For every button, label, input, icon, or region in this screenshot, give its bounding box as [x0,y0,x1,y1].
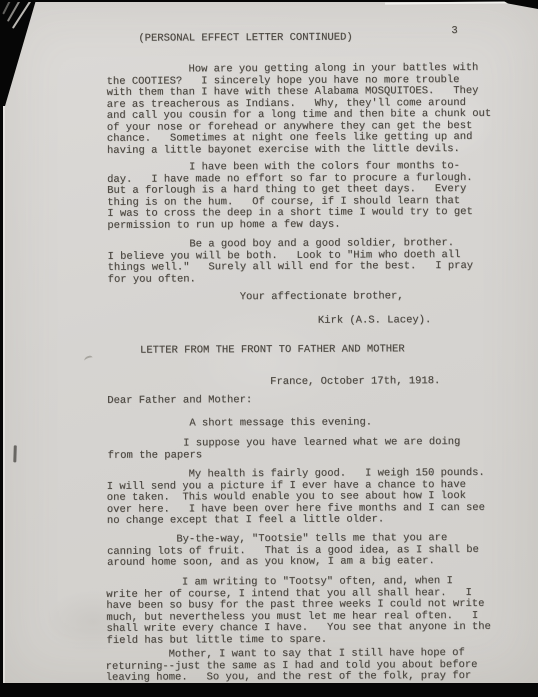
paragraph-short-message: A short message this evening. [107,417,372,430]
page-number: 3 [451,26,457,38]
paragraph-cooties: How are you getting along in your battle… [107,63,492,157]
text-line: for you often. [108,272,474,285]
text-line: things well." Surely all will end for th… [108,261,474,274]
text-line: around home soon, and as you know, I am … [107,556,479,569]
salutation: Dear Father and Mother: [107,395,252,407]
paragraph-papers: I suppose you have learned what we are d… [107,437,460,462]
paragraph-good-boy: Be a good boy and a good soldier, brothe… [107,238,473,286]
paragraph-health: My health is fairly good. I weigh 150 po… [107,468,485,527]
text-line: from the papers [108,448,461,461]
typewritten-text-layer: (PERSONAL EFFECT LETTER CONTINUED) 3 How… [0,0,538,697]
scanned-letter-photo: { "colors": { "paper": "#d7d5d1", "ink":… [0,0,538,697]
photo-bottom-edge [0,683,538,697]
paragraph-mother: Mother, I want to say that I still have … [106,648,478,684]
paragraph-canning: By-the-way, "Tootsie" tells me that you … [107,533,479,569]
valediction: Your affectionate brother, [240,291,404,303]
paragraph-furlough: I have been with the colors four months … [107,161,473,232]
pen-mark-vertical [13,445,16,462]
paragraph-writing: I am writing to "Tootsy" often, and, whe… [106,576,491,647]
text-line: A short message this evening. [107,417,372,430]
text-line: field has but little time to spare. [106,633,490,647]
text-line: permission to run up home a few days. [107,218,473,231]
dateline: France, October 17th, 1918. [270,376,440,388]
text-line: I suppose you have learned what we are d… [107,437,460,450]
page-header: (PERSONAL EFFECT LETTER CONTINUED) [138,33,352,46]
text-line: having a little bayonet exercise with th… [107,143,491,157]
text-line: no change except that I feel a little ol… [107,514,485,527]
section-heading: LETTER FROM THE FRONT TO FATHER AND MOTH… [140,344,405,357]
pen-mark-squiggle [83,355,94,364]
signature: Kirk (A.S. Lacey). [318,315,431,327]
